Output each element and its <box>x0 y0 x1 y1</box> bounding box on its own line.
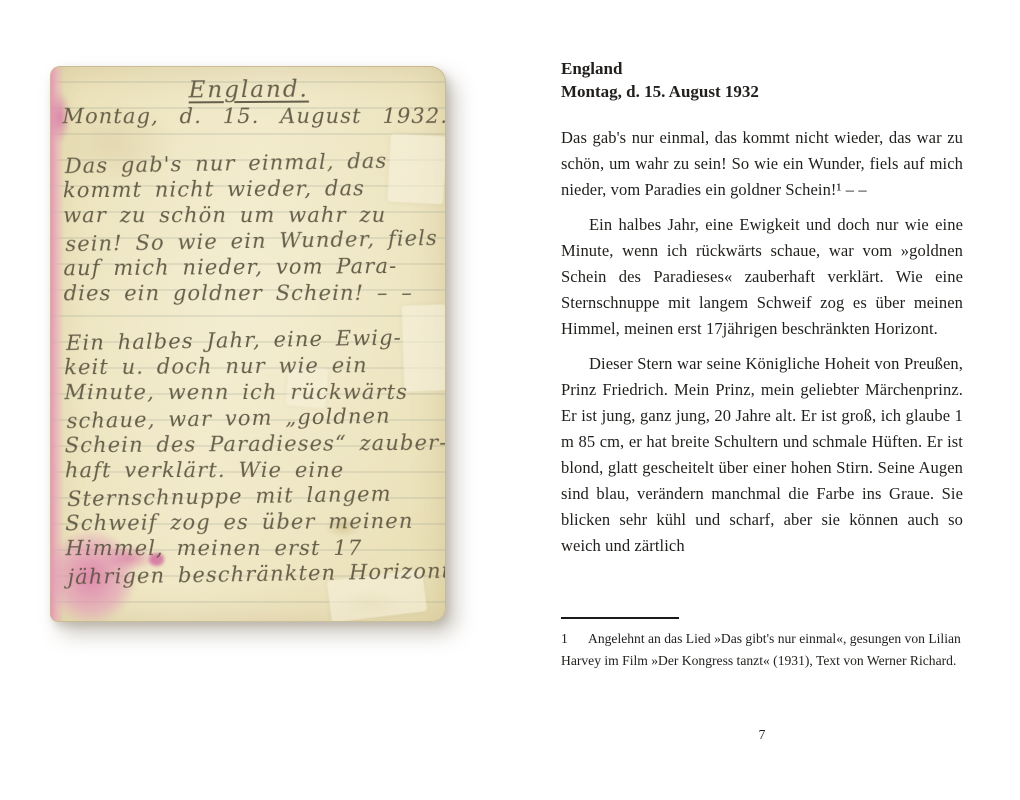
footnote-text: 1Angelehnt an das Lied »Das gibt's nur e… <box>561 628 963 671</box>
handwriting-line: haft verklärt. Wie eine <box>65 457 438 483</box>
handwritten-title: England. <box>62 76 435 105</box>
handwriting-line: kommt nicht wieder, das <box>63 175 436 204</box>
handwriting-line: keit u. doch nur wie ein <box>64 352 437 381</box>
page-number: 7 <box>561 727 963 743</box>
footnote-rule <box>561 617 679 619</box>
handwriting-line: Montag, d. 15. August 1932. <box>62 103 435 129</box>
footnote: 1Angelehnt an das Lied »Das gibt's nur e… <box>561 617 963 671</box>
handwriting-line: Minute, wenn ich rückwärts <box>64 379 437 405</box>
footnote-marker: 1 <box>561 628 588 650</box>
handwriting-line: Schweif zog es über meinen <box>65 508 438 537</box>
handwriting-line: jährigen beschränkten Horizont <box>67 558 440 590</box>
footnote-body: Angelehnt an das Lied »Das gibt's nur ei… <box>561 631 961 668</box>
chapter-heading: England <box>561 57 963 80</box>
date-heading: Montag, d. 15. August 1932 <box>561 80 963 103</box>
handwriting-line: Himmel, meinen erst 17 <box>65 535 438 561</box>
paragraph-quote: Das gab's nur einmal, das kommt nicht wi… <box>561 125 963 203</box>
handwriting-line: Schein des Paradieses“ zauber- <box>65 430 438 459</box>
handwriting-line: war zu schön um wahr zu <box>63 202 436 228</box>
paragraph: Ein halbes Jahr, eine Ewigkeit und doch … <box>561 212 963 342</box>
handwriting-line: dies ein goldner Schein! – – <box>64 280 437 306</box>
text-block: England Montag, d. 15. August 1932 Das g… <box>561 57 963 559</box>
diary-photo: England. Montag, d. 15. August 1932. Das… <box>50 66 446 622</box>
paragraph: Dieser Stern war seine Königliche Hoheit… <box>561 351 963 559</box>
printed-page: England Montag, d. 15. August 1932 Das g… <box>561 0 963 800</box>
handwriting-line: auf mich nieder, vom Para- <box>63 253 436 282</box>
handwritten-text: England. Montag, d. 15. August 1932. Das… <box>50 66 446 622</box>
